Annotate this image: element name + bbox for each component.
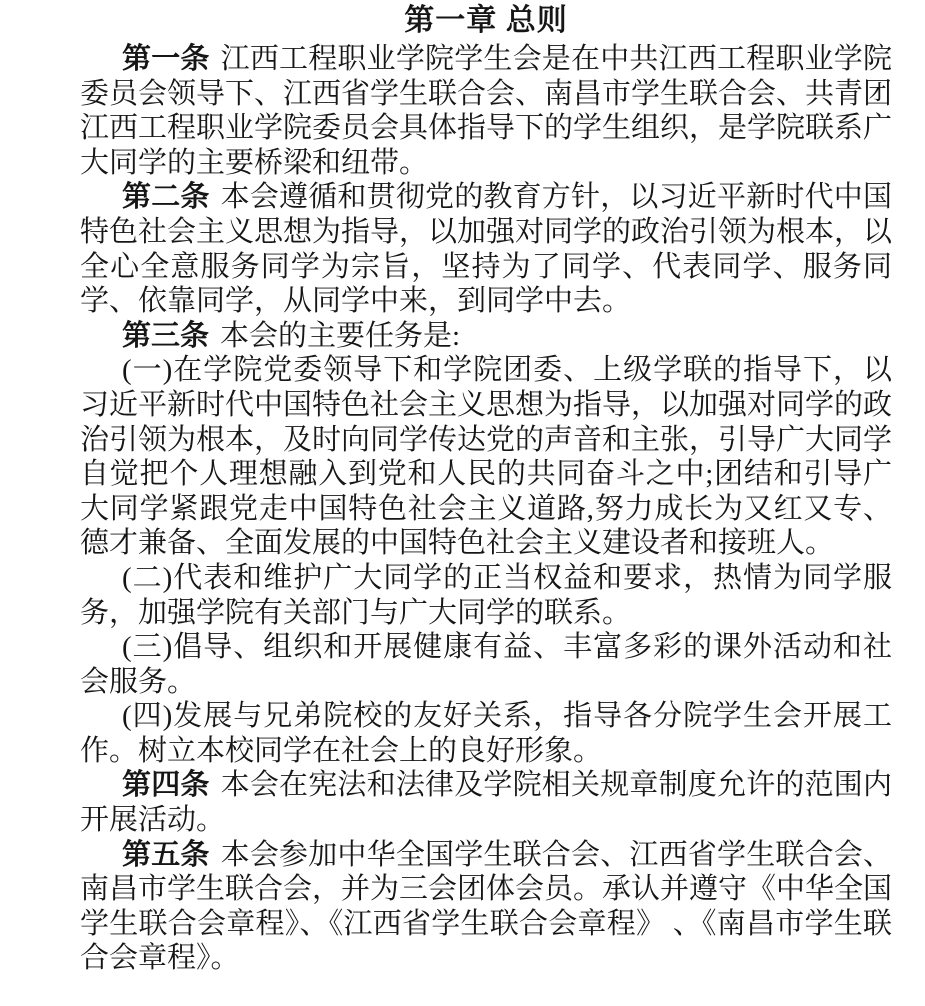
article-1-label: 第一条 (122, 43, 210, 75)
article-4-paragraph: 第四条本会在宪法和法律及学院相关规章制度允许的范围内开展活动。 (80, 768, 892, 837)
article-3-item-3-text: (三)倡导、组织和开展健康有益、丰富多彩的课外活动和社会服务。 (80, 631, 892, 698)
article-3-item-2-text: (二)代表和维护广大同学的正当权益和要求，热情为同学服务，加强学院有关部门与广大… (80, 562, 892, 629)
article-3-item-2: (二)代表和维护广大同学的正当权益和要求，热情为同学服务，加强学院有关部门与广大… (80, 561, 892, 630)
article-3-paragraph: 第三条本会的主要任务是: (80, 319, 892, 354)
article-3-text: 本会的主要任务是: (220, 320, 460, 352)
article-3-label: 第三条 (122, 320, 209, 352)
article-2-paragraph: 第二条本会遵循和贯彻党的教育方针，以习近平新时代中国特色社会主义思想为指导，以加… (80, 180, 892, 318)
article-1-paragraph: 第一条江西工程职业学院学生会是在中共江西工程职业学院委员会领导下、江西省学生联合… (80, 42, 892, 180)
article-3-item-3: (三)倡导、组织和开展健康有益、丰富多彩的课外活动和社会服务。 (80, 630, 892, 699)
article-4-label: 第四条 (122, 769, 210, 801)
document-page: 第一章 总则 第一条江西工程职业学院学生会是在中共江西工程职业学院委员会领导下、… (80, 3, 892, 976)
article-5-label: 第五条 (122, 839, 210, 871)
article-3-item-4: (四)发展与兄弟院校的友好关系，指导各分院学生会开展工作。树立本校同学在社会上的… (80, 699, 892, 768)
article-3-item-1: (一)在学院党委领导下和学院团委、上级学联的指导下，以习近平新时代中国特色社会主… (80, 353, 892, 561)
article-3-item-1-text: (一)在学院党委领导下和学院团委、上级学联的指导下，以习近平新时代中国特色社会主… (80, 354, 892, 559)
article-3-item-4-text: (四)发展与兄弟院校的友好关系，指导各分院学生会开展工作。树立本校同学在社会上的… (80, 700, 892, 767)
article-5-paragraph: 第五条本会参加中华全国学生联合会、江西省学生联合会、南昌市学生联合会，并为三会团… (80, 838, 892, 976)
chapter-title: 第一章 总则 (80, 3, 892, 39)
article-2-label: 第二条 (122, 181, 210, 213)
